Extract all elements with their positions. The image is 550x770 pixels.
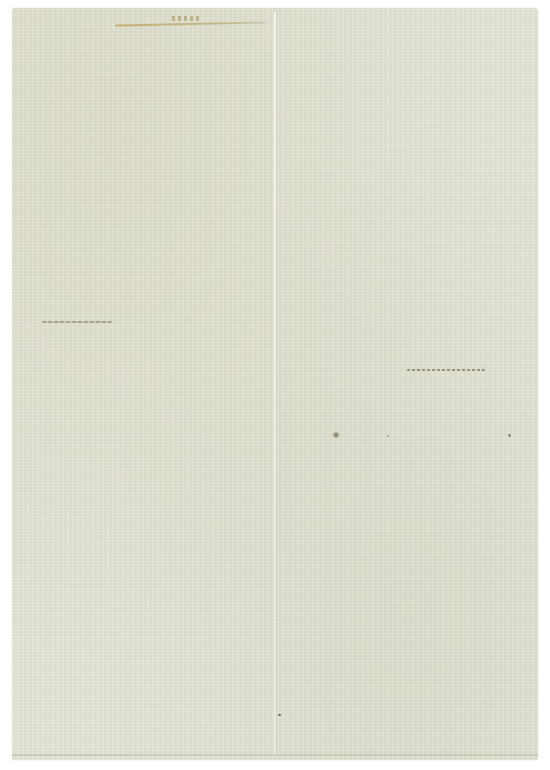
- bottom-seam-spot: [278, 714, 281, 716]
- image-subject: Plain off-white flatweave rug photograph…: [0, 0, 1, 1]
- top-thread-mark: [115, 21, 265, 26]
- top-thread-knot: [172, 16, 202, 21]
- left-stitch-mark: [42, 321, 112, 323]
- rug-bottom-edge: [12, 754, 538, 756]
- small-spot: [387, 435, 389, 437]
- center-knot-spot: [332, 432, 340, 438]
- center-seam: [274, 12, 276, 756]
- rug: [12, 8, 538, 760]
- photo-scene: Plain off-white flatweave rug photograph…: [0, 0, 550, 770]
- right-edge-spot: [508, 434, 511, 437]
- right-stitch-mark: [407, 369, 485, 371]
